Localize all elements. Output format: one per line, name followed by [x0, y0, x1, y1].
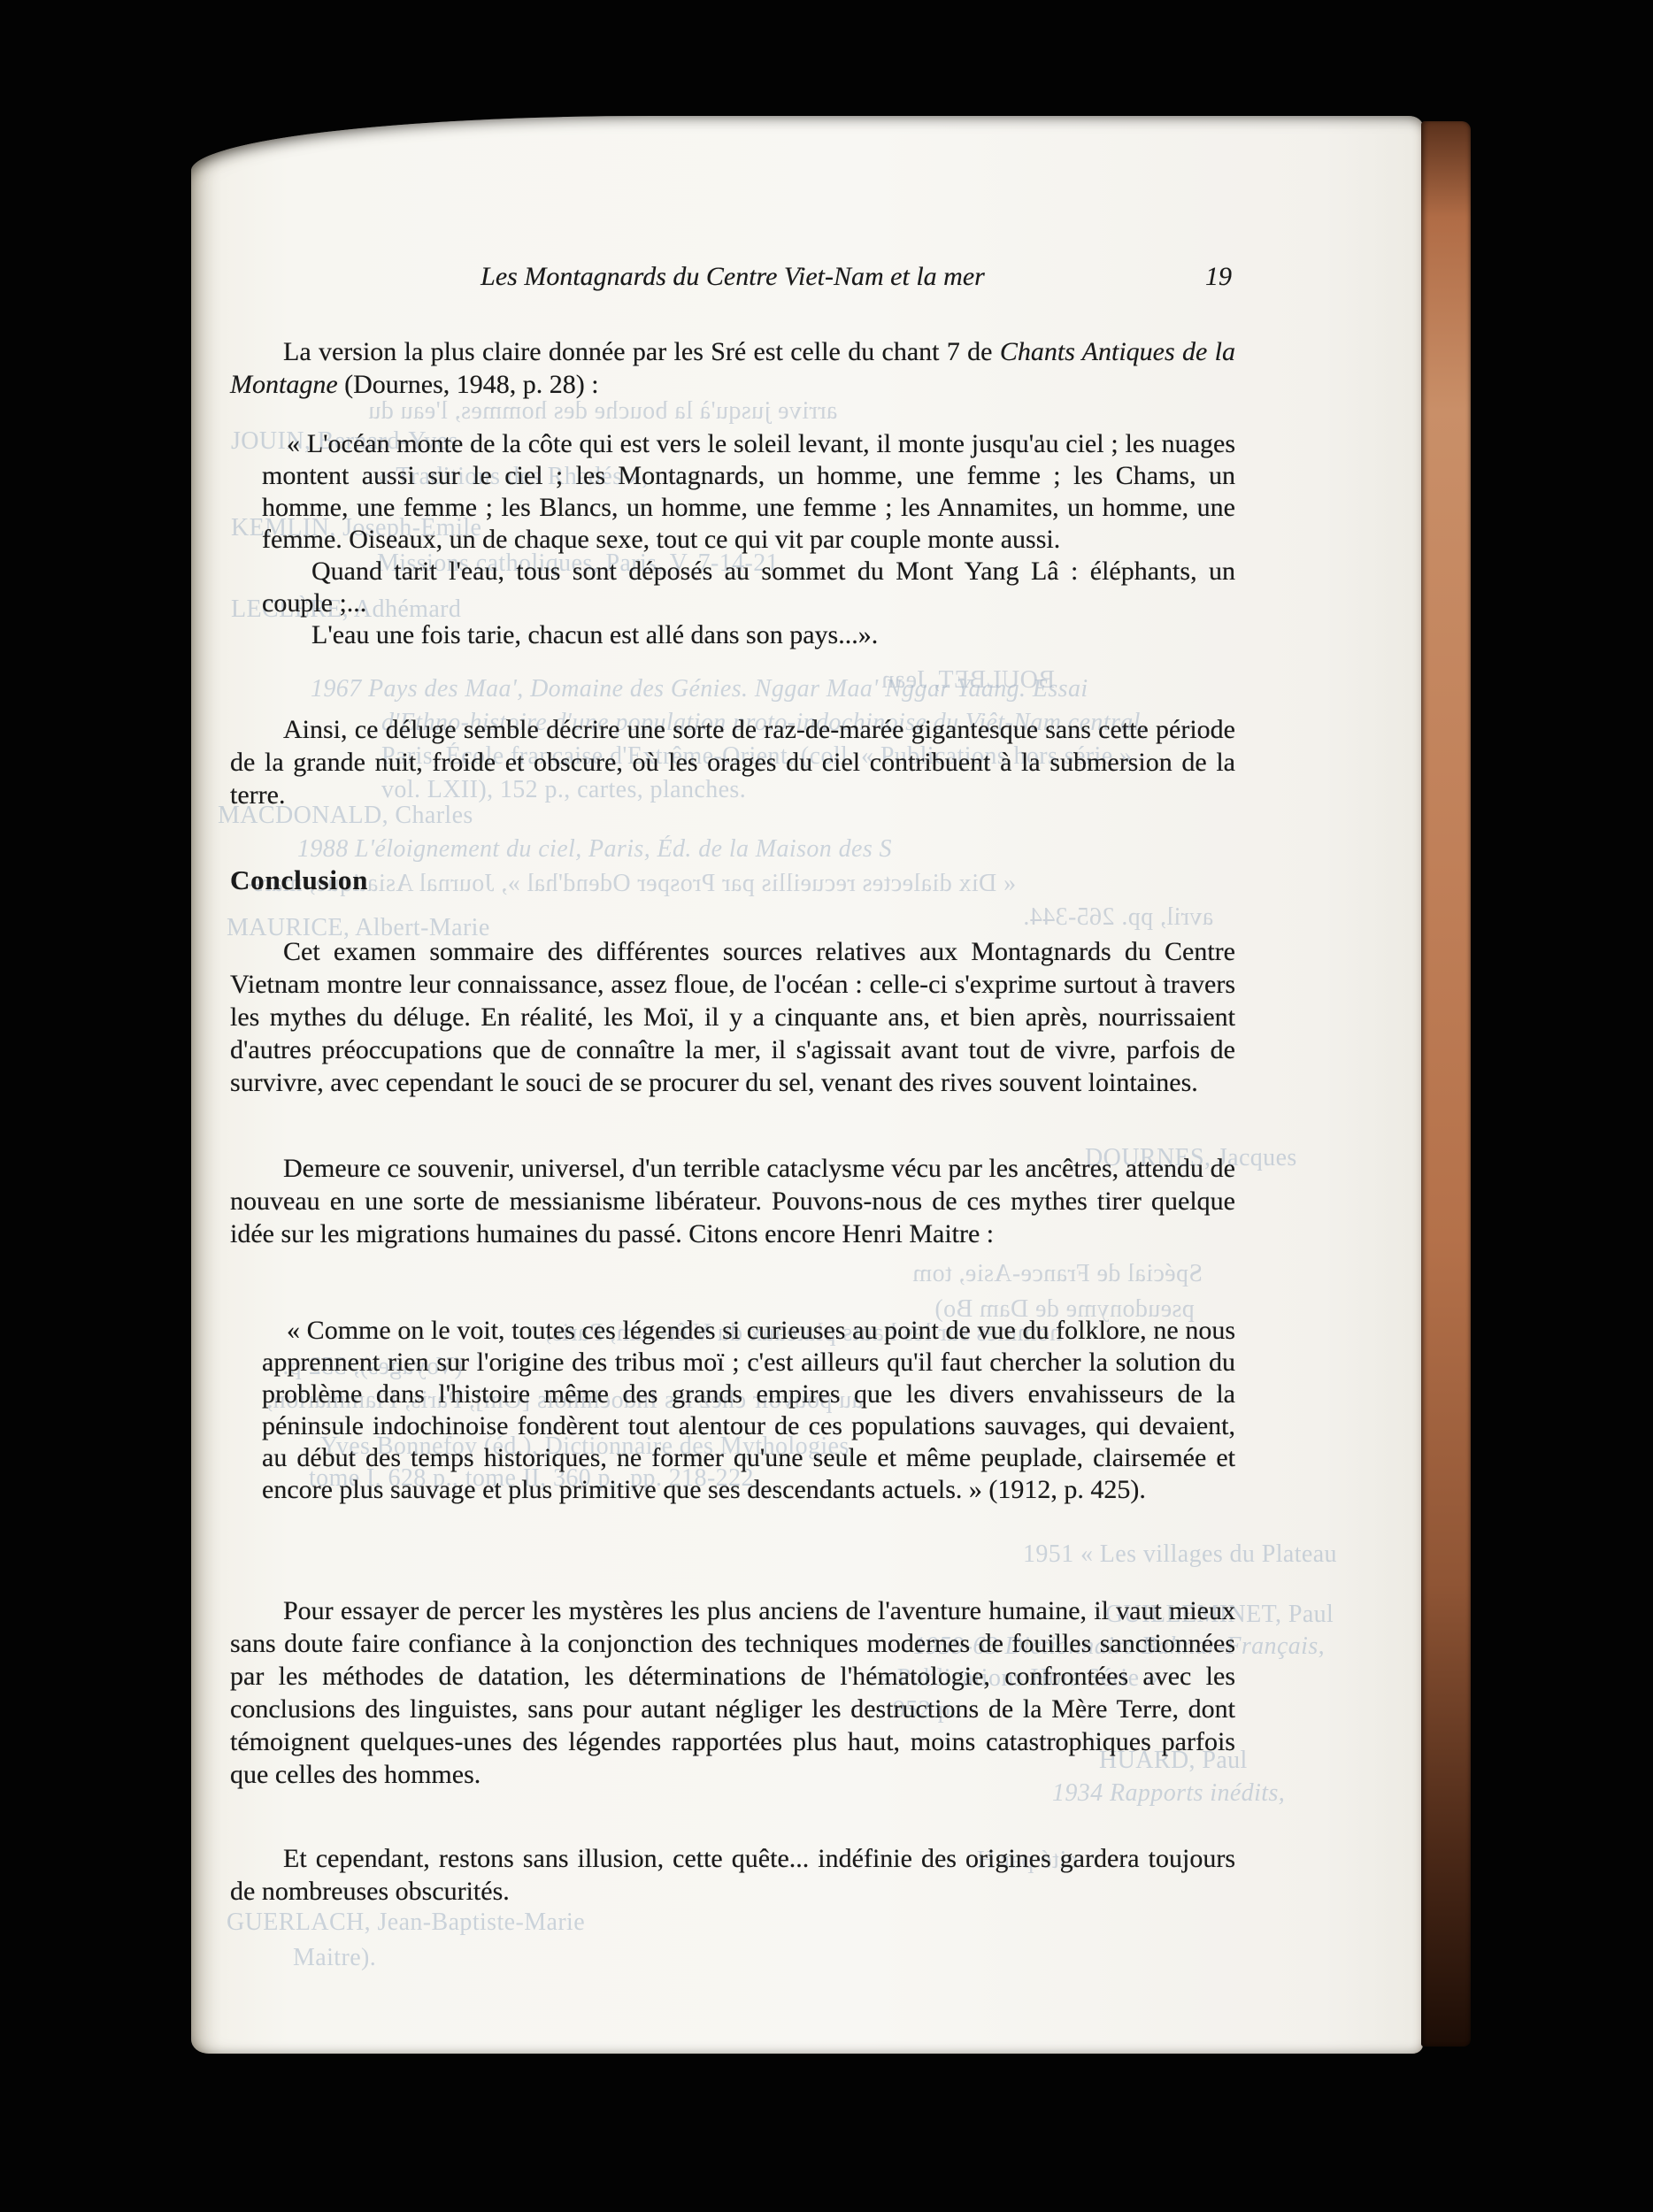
page-content: Les Montagnards du Centre Viet-Nam et la… [230, 116, 1235, 2054]
paragraph-conclusion-4: Et cependant, restons sans illusion, cet… [230, 1842, 1235, 1908]
quote-part: Quand tarit l'eau, tous sont déposés au … [262, 556, 1235, 619]
conclusion-heading: Conclusion [230, 864, 368, 896]
page-number: 19 [1205, 260, 1232, 293]
book-page: arrive jusqu'à la bouche des hommes, l'e… [191, 116, 1423, 2054]
paragraph-intro-citation: (Dournes, 1948, p. 28) : [338, 370, 599, 399]
quote-part: « L'océan monte de la côte qui est vers … [262, 428, 1235, 556]
running-header: Les Montagnards du Centre Viet-Nam et la… [230, 260, 1235, 293]
blockquote-flood-myth: « L'océan monte de la côte qui est vers … [262, 428, 1235, 651]
running-title: Les Montagnards du Centre Viet-Nam et la… [481, 262, 985, 291]
paragraph-conclusion-1: Cet examen sommaire des différentes sour… [230, 935, 1235, 1099]
photographed-book-scene: { "colors":{ "background":"#030303", "pa… [0, 0, 1653, 2212]
paragraph-conclusion-2: Demeure ce souvenir, universel, d'un ter… [230, 1152, 1235, 1250]
paragraph-intro-text: La version la plus claire donnée par les… [283, 337, 1000, 366]
paragraph-deluge-comment: Ainsi, ce déluge semble décrire une sort… [230, 713, 1235, 811]
paragraph-conclusion-3: Pour essayer de percer les mystères les … [230, 1594, 1235, 1791]
blockquote-henri-maitre: « Comme on le voit, toutes ces légendes … [262, 1315, 1235, 1506]
quote-part: L'eau une fois tarie, chacun est allé da… [262, 619, 1235, 651]
paragraph-intro: La version la plus claire donnée par les… [230, 335, 1235, 401]
book-page-block-edge [1421, 121, 1471, 2047]
